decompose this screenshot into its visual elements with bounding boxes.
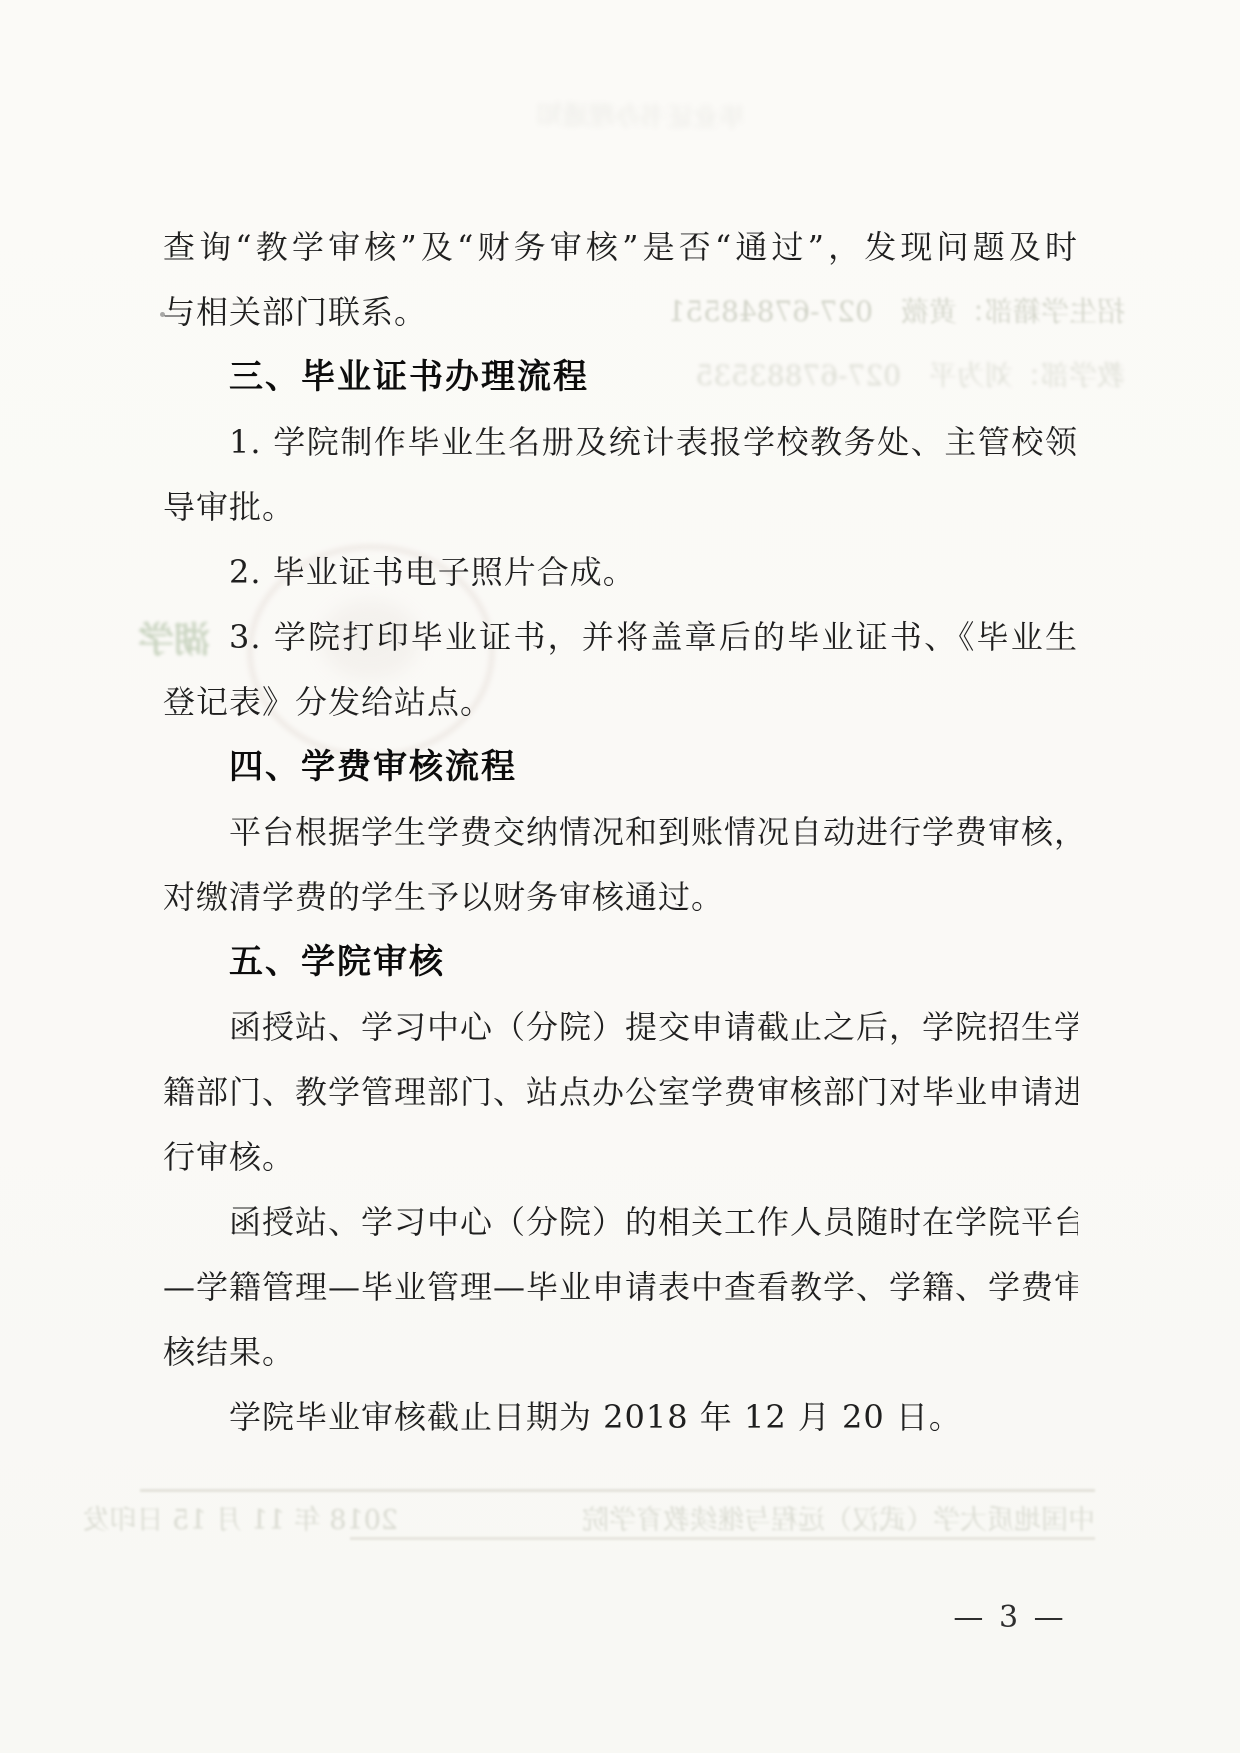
text-line: —学籍管理—毕业管理—毕业申请表中查看教学、学籍、学费审 <box>163 1255 1078 1320</box>
bleedthrough-footer-rule-bottom <box>350 1537 1095 1540</box>
bleedthrough-footer-rule-top <box>140 1489 1095 1492</box>
text-line: 2. 毕业证书电子照片合成。 <box>163 540 1078 605</box>
text-line: 学院毕业审核截止日期为 2018 年 12 月 20 日。 <box>163 1385 1078 1450</box>
page-number: — 3 — <box>930 1600 1090 1635</box>
document-page: 毕业证书办理通知 招生学籍部：黄薇 027-67848551 教学部：刘为平 0… <box>0 0 1240 1753</box>
text-line: 平台根据学生学费交纳情况和到账情况自动进行学费审核， <box>163 800 1078 865</box>
section-heading-4: 四、学费审核流程 <box>163 735 1078 800</box>
text-line: 与相关部门联系。 <box>163 280 1078 345</box>
text-line: 导审批。 <box>163 475 1078 540</box>
section-heading-3: 三、毕业证书办理流程 <box>163 345 1078 410</box>
text-line: 行审核。 <box>163 1125 1078 1190</box>
text-line: 登记表》分发给站点。 <box>163 670 1078 735</box>
text-line: 籍部门、教学管理部门、站点办公室学费审核部门对毕业申请进 <box>163 1060 1078 1125</box>
text-line: 3. 学院打印毕业证书，并将盖章后的毕业证书、《毕业生 <box>163 605 1078 670</box>
document-body: 查询“教学审核”及“财务审核”是否“通过”，发现问题及时 与相关部门联系。 三、… <box>163 215 1078 1450</box>
bleedthrough-footer-date: 2018 年 11 月 15 日印发 <box>158 1498 398 1537</box>
text-line: 函授站、学习中心（分院）的相关工作人员随时在学院平台 <box>163 1190 1078 1255</box>
text-line: 对缴清学费的学生予以财务审核通过。 <box>163 865 1078 930</box>
text-line: 函授站、学习中心（分院）提交申请截止之后，学院招生学 <box>163 995 1078 1060</box>
bleedthrough-footer-issuer: 中国地质大学（武汉）远程与继续教育学院 <box>575 1498 1095 1537</box>
text-line: 核结果。 <box>163 1320 1078 1385</box>
text-line: 1. 学院制作毕业生名册及统计表报学校教务处、主管校领 <box>163 410 1078 475</box>
section-heading-5: 五、学院审核 <box>163 930 1078 995</box>
text-line: 查询“教学审核”及“财务审核”是否“通过”，发现问题及时 <box>163 215 1078 280</box>
bleedthrough-title-smudge: 毕业证书办理通知 <box>495 94 746 135</box>
